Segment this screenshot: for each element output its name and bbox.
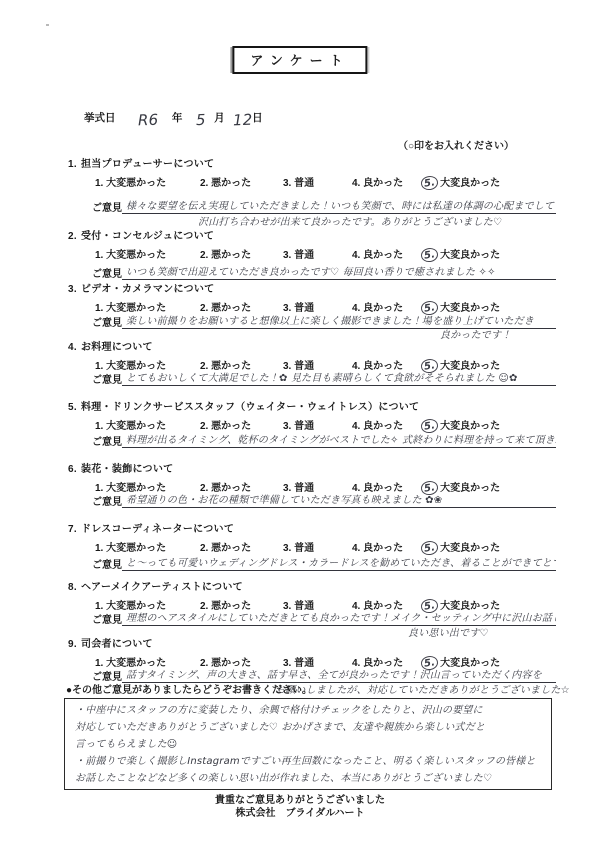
option-3: 3. 普通 <box>283 417 314 432</box>
question-block-3: 3.ビデオ・カメラマンについて 1. 大変悪かった 2. 悪かった 3. 普通 … <box>68 280 556 295</box>
circle-instruction-note: （○印をお入れください） <box>398 137 514 152</box>
free-comment-line: 言ってもらえました☺ <box>75 736 543 753</box>
free-comment-line: お話したことなどなど多くの楽しい思い出が作れました、本当にありがとうございました… <box>75 770 543 787</box>
question-block-5: 5.料理・ドリンクサービススタッフ（ウェイター・ウェイトレス）について 1. 大… <box>68 398 556 413</box>
question-heading: 2.受付・コンセルジュについて <box>68 227 556 242</box>
day-unit: 日 <box>252 110 263 125</box>
question-heading: 3.ビデオ・カメラマンについて <box>68 280 556 295</box>
ceremony-date-row: 挙式日 R6 年 5 月 12 日 <box>84 110 263 125</box>
date-day-handwritten: 12 <box>232 115 252 126</box>
free-comment-line: ・前撮りで楽しく撮影しInstagramですごい再生回数になったこと、明るく楽し… <box>75 753 543 770</box>
form-title: アンケート <box>232 46 367 74</box>
month-unit: 月 <box>214 110 225 125</box>
option-1: 1. 大変悪かった <box>95 417 166 432</box>
question-block-1: 1.担当プロデューサーについて 1. 大変悪かった 2. 悪かった 3. 普通 … <box>68 155 556 170</box>
rating-options: 1. 大変悪かった 2. 悪かった 3. 普通 4. 良かった 5.大変良かった <box>68 174 556 188</box>
option-1: 1. 大変悪かった <box>95 174 166 189</box>
free-comment-line: ・中座中にスタッフの方に変装したり、余興で格付けチェックをしたりと、沢山の要望に <box>75 702 543 719</box>
handwritten-comment: 理想のヘアスタイルにしていただきとても良かったです！メイク・セッティング中に沢山… <box>122 609 556 626</box>
question-heading: 5.料理・ドリンクサービススタッフ（ウェイター・ウェイトレス）について <box>68 398 556 413</box>
comment-row: ご意見 いつも笑顔で出迎えていただき良かったです♡ 毎回良い香りで癒されました … <box>92 263 556 280</box>
rating-options: 1. 大変悪かった 2. 悪かった 3. 普通 4. 良かった 5.大変良かった <box>68 246 556 260</box>
option-3: 3. 普通 <box>283 246 314 261</box>
option-2: 2. 悪かった <box>200 539 251 554</box>
question-block-2: 2.受付・コンセルジュについて 1. 大変悪かった 2. 悪かった 3. 普通 … <box>68 227 556 242</box>
handdrawn-circle: 5. <box>420 175 439 191</box>
comment-row: ご意見 料理が出るタイミング、乾杯のタイミングがベストでした✧ 式終わりに料理を… <box>92 431 556 448</box>
question-heading: 6.装花・装飾について <box>68 460 556 475</box>
rating-options: 1. 大変悪かった 2. 悪かった 3. 普通 4. 良かった 5.大変良かった <box>68 299 556 313</box>
question-heading: 7.ドレスコーディネーターについて <box>68 520 556 535</box>
footer-company-name: 株式会社 ブライダルハート <box>0 804 600 819</box>
option-3: 3. 普通 <box>283 174 314 189</box>
rating-options: 1. 大変悪かった 2. 悪かった 3. 普通 4. 良かった 5.大変良かった <box>68 539 556 553</box>
rating-options: 1. 大変悪かった 2. 悪かった 3. 普通 4. 良かった 5.大変良かった <box>68 417 556 431</box>
option-1: 1. 大変悪かった <box>95 539 166 554</box>
question-heading: 4.お料理について <box>68 338 556 353</box>
handwritten-comment: とてもおいしくて大満足でした！✿ 見た目も素晴らしくて食欲がそそられました ☺✿ <box>122 369 556 386</box>
option-3: 3. 普通 <box>283 539 314 554</box>
handwritten-comment: 希望通りの色・お花の種類で準備していただき写真も映えました ✿❀ <box>122 491 556 508</box>
other-comments-prompt: ●その他ご意見がありましたらどうぞお書きください。 <box>66 681 312 696</box>
option-1: 1. 大変悪かった <box>95 246 166 261</box>
option-2: 2. 悪かった <box>200 174 251 189</box>
handwritten-comment: 料理が出るタイミング、乾杯のタイミングがベストでした✧ 式終わりに料理を持って来… <box>122 431 556 448</box>
free-comment-line: 対応していただきありがとうございました♡ おかげさまで、友達や親族から楽しい式だ… <box>75 719 543 736</box>
option-4: 4. 良かった <box>352 539 403 554</box>
year-unit: 年 <box>172 110 183 125</box>
question-block-7: 7.ドレスコーディネーターについて 1. 大変悪かった 2. 悪かった 3. 普… <box>68 520 556 535</box>
comment-row: ご意見 と〜っても可愛いウェディングドレス・カラードレスを勧めていただき、着るこ… <box>92 554 556 571</box>
option-2: 2. 悪かった <box>200 417 251 432</box>
comment-row: ご意見 とてもおいしくて大満足でした！✿ 見た目も素晴らしくて食欲がそそられまし… <box>92 369 556 386</box>
comment-row: ご意見 希望通りの色・お花の種類で準備していただき写真も映えました ✿❀ <box>92 491 556 508</box>
question-heading: 9.司会者について <box>68 635 556 650</box>
question-heading: 8.ヘアーメイクアーティストについて <box>68 578 556 593</box>
option-2: 2. 悪かった <box>200 246 251 261</box>
handwritten-comment: 様々な要望を伝え実現していただきました！いつも笑顔で、時には私達の体調の心配まで… <box>122 197 556 214</box>
handwritten-comment-overflow: 沢山打ち合わせが出来て良かったです。ありがとうございました♡ <box>198 213 502 228</box>
free-comment-box: ・中座中にスタッフの方に変装したり、余興で格付けチェックをしたりと、沢山の要望に… <box>64 698 552 790</box>
question-block-9: 9.司会者について 1. 大変悪かった 2. 悪かった 3. 普通 4. 良かっ… <box>68 635 556 650</box>
question-block-4: 4.お料理について 1. 大変悪かった 2. 悪かった 3. 普通 4. 良かっ… <box>68 338 556 353</box>
question-heading: 1.担当プロデューサーについて <box>68 155 556 170</box>
comment-row: ご意見 様々な要望を伝え実現していただきました！いつも笑顔で、時には私達の体調の… <box>92 197 556 214</box>
handwritten-comment: と〜っても可愛いウェディングドレス・カラードレスを勧めていただき、着ることができ… <box>122 554 556 571</box>
scanned-survey-page: アンケート 挙式日 R6 年 5 月 12 日 （○印をお入れください） 1.担… <box>0 0 600 847</box>
handwritten-comment-overflow: お願いしましたが、対応していただきありがとうございました☆ <box>275 681 570 696</box>
option-5-selected: 5.大変良かった <box>421 539 500 555</box>
date-year-handwritten: R6 <box>137 115 158 126</box>
scan-speck <box>46 24 49 26</box>
option-4: 4. 良かった <box>352 246 403 261</box>
date-label: 挙式日 <box>84 110 116 125</box>
question-block-6: 6.装花・装飾について 1. 大変悪かった 2. 悪かった 3. 普通 4. 良… <box>68 460 556 475</box>
option-5-selected: 5.大変良かった <box>421 174 500 190</box>
option-4: 4. 良かった <box>352 174 403 189</box>
handdrawn-circle: 5. <box>420 247 439 263</box>
option-4: 4. 良かった <box>352 417 403 432</box>
question-block-8: 8.ヘアーメイクアーティストについて 1. 大変悪かった 2. 悪かった 3. … <box>68 578 556 593</box>
handwritten-comment: いつも笑顔で出迎えていただき良かったです♡ 毎回良い香りで癒されました ✧✧ <box>122 263 556 280</box>
option-5-selected: 5.大変良かった <box>421 246 500 262</box>
date-month-handwritten: 5 <box>196 115 206 125</box>
